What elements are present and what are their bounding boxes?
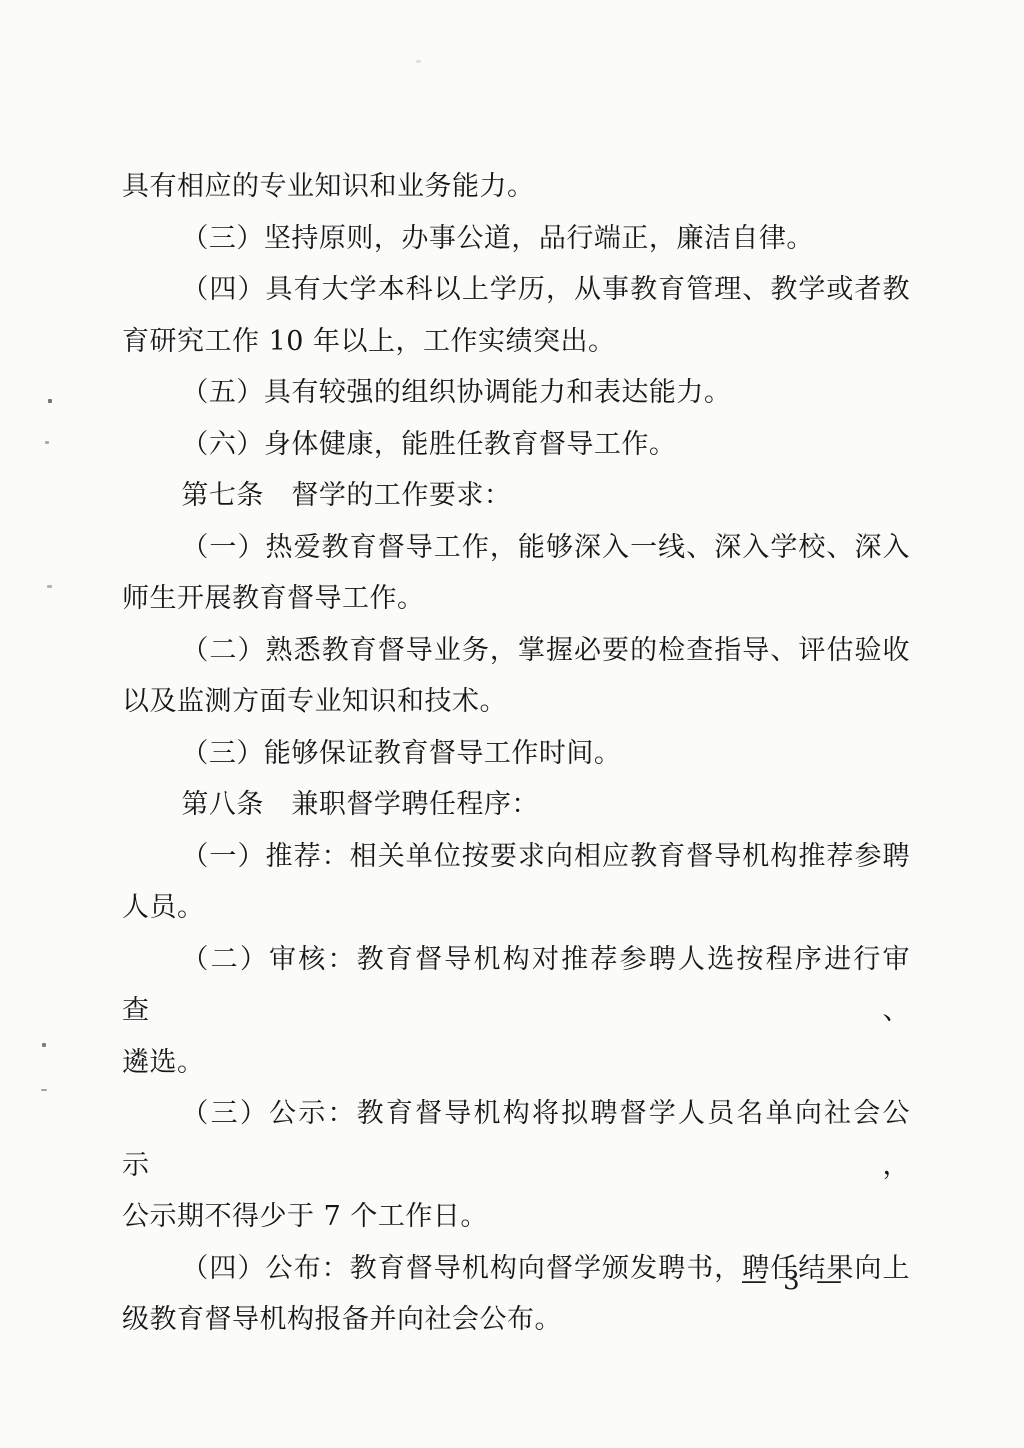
text-line: 育研究工作 10 年以上，工作实绩突出。 (122, 316, 910, 368)
text-line: 师生开展教育督导工作。 (122, 573, 910, 625)
text-line: （二）熟悉教育督导业务，掌握必要的检查指导、评估验收 (122, 625, 910, 677)
page-number: — 3 — (741, 1266, 846, 1296)
text-line: （六）身体健康，能胜任教育督导工作。 (122, 419, 910, 471)
text-line: 公示期不得少于 7 个工作日。 (122, 1191, 910, 1243)
text-line: （五）具有较强的组织协调能力和表达能力。 (122, 367, 910, 419)
scan-speck (47, 585, 52, 588)
text-line: 遴选。 (122, 1037, 910, 1089)
scan-speck (416, 60, 421, 63)
document-body-text: 具有相应的专业知识和业务能力。 （三）坚持原则，办事公道，品行端正，廉洁自律。 … (122, 0, 910, 1346)
text-line: 以及监测方面专业知识和技术。 (122, 676, 910, 728)
text-line: 第八条 兼职督学聘任程序： (122, 779, 910, 831)
scan-speck (41, 1089, 47, 1091)
text-line: （三）坚持原则，办事公道，品行端正，廉洁自律。 (122, 213, 910, 265)
document-page: 具有相应的专业知识和业务能力。 （三）坚持原则，办事公道，品行端正，廉洁自律。 … (0, 0, 1024, 1448)
text-line: （一）热爱教育督导工作，能够深入一线、深入学校、深入 (122, 522, 910, 574)
text-line: （三）能够保证教育督导工作时间。 (122, 728, 910, 780)
scan-speck (48, 399, 52, 403)
text-line: （一）推荐：相关单位按要求向相应教育督导机构推荐参聘 (122, 831, 910, 883)
scan-speck (42, 1043, 46, 1047)
text-line: 第七条 督学的工作要求： (122, 470, 910, 522)
text-line: 具有相应的专业知识和业务能力。 (122, 161, 910, 213)
text-line: （三）公示：教育督导机构将拟聘督学人员名单向社会公示， (122, 1088, 910, 1191)
text-line: 级教育督导机构报备并向社会公布。 (122, 1294, 910, 1346)
text-line: （二）审核：教育督导机构对推荐参聘人选按程序进行审查、 (122, 934, 910, 1037)
text-line: 人员。 (122, 882, 910, 934)
scan-speck (45, 441, 49, 444)
text-line: （四）具有大学本科以上学历，从事教育管理、教学或者教 (122, 264, 910, 316)
